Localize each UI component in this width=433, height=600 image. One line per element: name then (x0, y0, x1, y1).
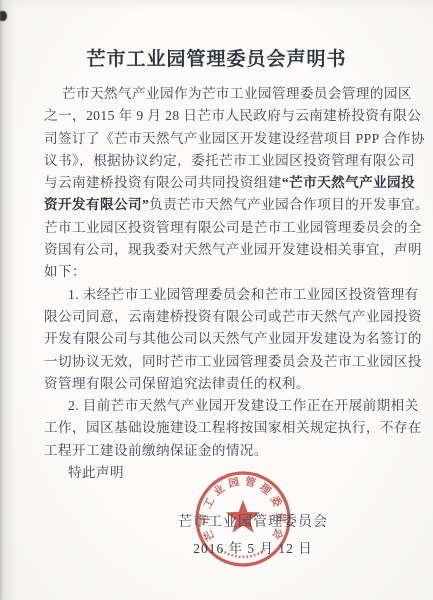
body-line: 工作，园区基础设施建设工程将按国家相关规定执行，不存在 (44, 417, 403, 439)
body-text: 负责芒市天然气产业园合作项目的开发事宜。 (149, 197, 429, 212)
body-line: 芒市天然气产业园作为芒市工业园管理委员会管理的园区 (44, 83, 403, 105)
body-line: 芒市工业园区投资管理有限公司是芒市工业园管理委员会的全 (44, 217, 403, 239)
body-line: 资开发有限公司”负责芒市天然气产业园合作项目的开发事宜。 (44, 194, 403, 216)
scan-edge-smudge (0, 11, 7, 21)
body-line: 议书》，根据协议约定，委托芒市工业园区投资管理有限公司 (44, 150, 403, 172)
statement-item-2-line: 2. 目前芒市天然气产业园开发建设工作正在开展前期相关 (44, 395, 403, 417)
company-name-bold: 资开发有限公司” (44, 197, 149, 212)
document-body: 芒市天然气产业园作为芒市工业园管理委员会管理的园区 之一，2015 年 9 月 … (44, 83, 403, 484)
signature-organization: 芒市工业园管理委员会 (73, 511, 433, 531)
body-line: 工程开工建设前缴纳保证金的情况。 (44, 440, 403, 462)
body-line: 资国有公司，现我委对天然气产业园开发建设相关事宜，声明 (44, 239, 403, 261)
body-line: 开发有限公司与其他公司以天然气产业园开发建设为名签订的 (44, 328, 403, 350)
body-line: 一切协议无效，同时芒市工业园管理委员会及芒市工业园区投 (44, 351, 403, 373)
body-line: 资管理有限公司保留追究法律责任的权利。 (44, 373, 403, 395)
body-line: 司签订了《芒市天然气产业园区开发建设经营项目 PPP 合作协 (44, 128, 403, 150)
body-line: 之一，2015 年 9 月 28 日芒市人民政府与云南建桥投资有限公 (44, 105, 403, 127)
body-text: 与云南建桥投资有限公司共同投资组建 (44, 175, 282, 190)
company-name-bold: “芒市天然气产业园投 (282, 175, 415, 190)
document-title: 芒市工业园管理委员会声明书 (0, 44, 433, 71)
body-line: 如下： (44, 261, 403, 283)
body-line: 与云南建桥投资有限公司共同投资组建“芒市天然气产业园投 (44, 172, 403, 194)
signature-date: 2016 年 5 月 12 日 (73, 537, 433, 557)
scanned-document-page: 芒市工业园管理委员会声明书 芒市天然气产业园作为芒市工业园管理委员会管理的园区 … (0, 0, 433, 600)
statement-item-1-line: 1. 未经芒市工业园管理委员会和芒市工业园区投资管理有 (44, 284, 403, 306)
body-line: 限公司同意，云南建桥投资有限公司或芒市天然气产业园投资 (44, 306, 403, 328)
